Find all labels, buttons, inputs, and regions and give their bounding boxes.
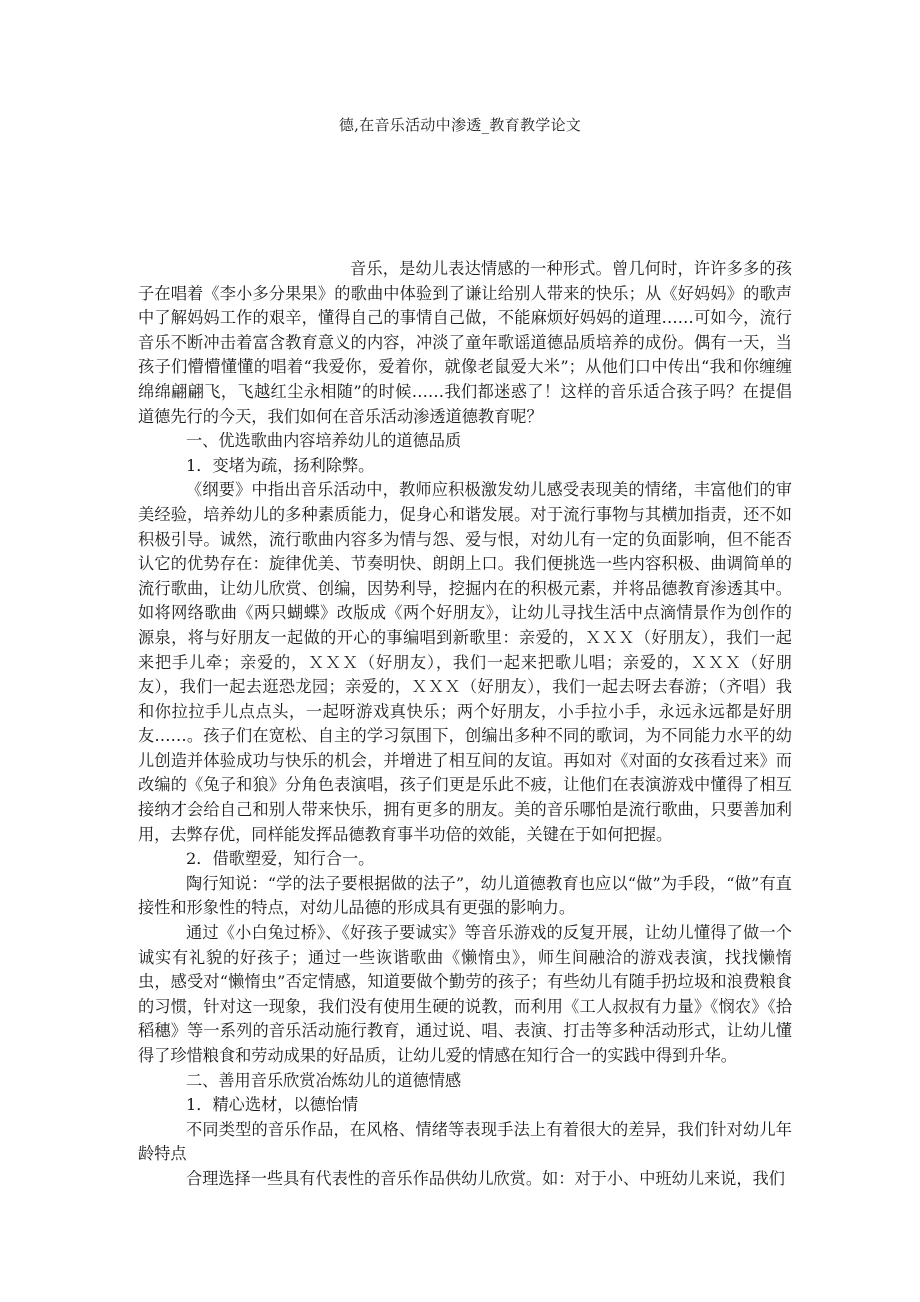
subheading-1-2: 2．借歌塑爱，知行合一。	[138, 847, 792, 872]
section-heading-1: 一、优选歌曲内容培养幼儿的道德品质	[138, 429, 792, 454]
document-page: 德,在音乐活动中渗透_教育教学论文 音乐，是幼儿表达情感的一种形式。曾几何时，许…	[0, 0, 920, 1302]
subheading-1-1: 1．变堵为疏，扬利除弊。	[138, 454, 792, 479]
body-paragraph: 合理选择一些具有代表性的音乐作品供幼儿欣赏。如：对于小、中班幼儿来说，我们	[138, 1167, 792, 1192]
intro-paragraph: 音乐，是幼儿表达情感的一种形式。曾几何时，许许多多的孩子在唱着《李小多分果果》的…	[138, 257, 792, 429]
body-paragraph: 通过《小白兔过桥》、《好孩子要诚实》等音乐游戏的反复开展，让幼儿懂得了做一个诚实…	[138, 921, 792, 1069]
document-title: 德,在音乐活动中渗透_教育教学论文	[0, 114, 920, 136]
subheading-2-1: 1．精心选材，以德怡情	[138, 1093, 792, 1118]
section-heading-2: 二、善用音乐欣赏冶炼幼儿的道德情感	[138, 1069, 792, 1094]
body-paragraph: 不同类型的音乐作品，在风格、情绪等表现手法上有着很大的差异，我们针对幼儿年龄特点	[138, 1118, 792, 1167]
body-paragraph: 《纲要》中指出音乐活动中，教师应积极激发幼儿感受表现美的情绪，丰富他们的审美经验…	[138, 478, 792, 847]
document-body: 音乐，是幼儿表达情感的一种形式。曾几何时，许许多多的孩子在唱着《李小多分果果》的…	[138, 257, 792, 1192]
body-paragraph: 陶行知说：“学的法子要根据做的法子”，幼儿道德教育也应以“做”为手段，“做”有直…	[138, 872, 792, 921]
